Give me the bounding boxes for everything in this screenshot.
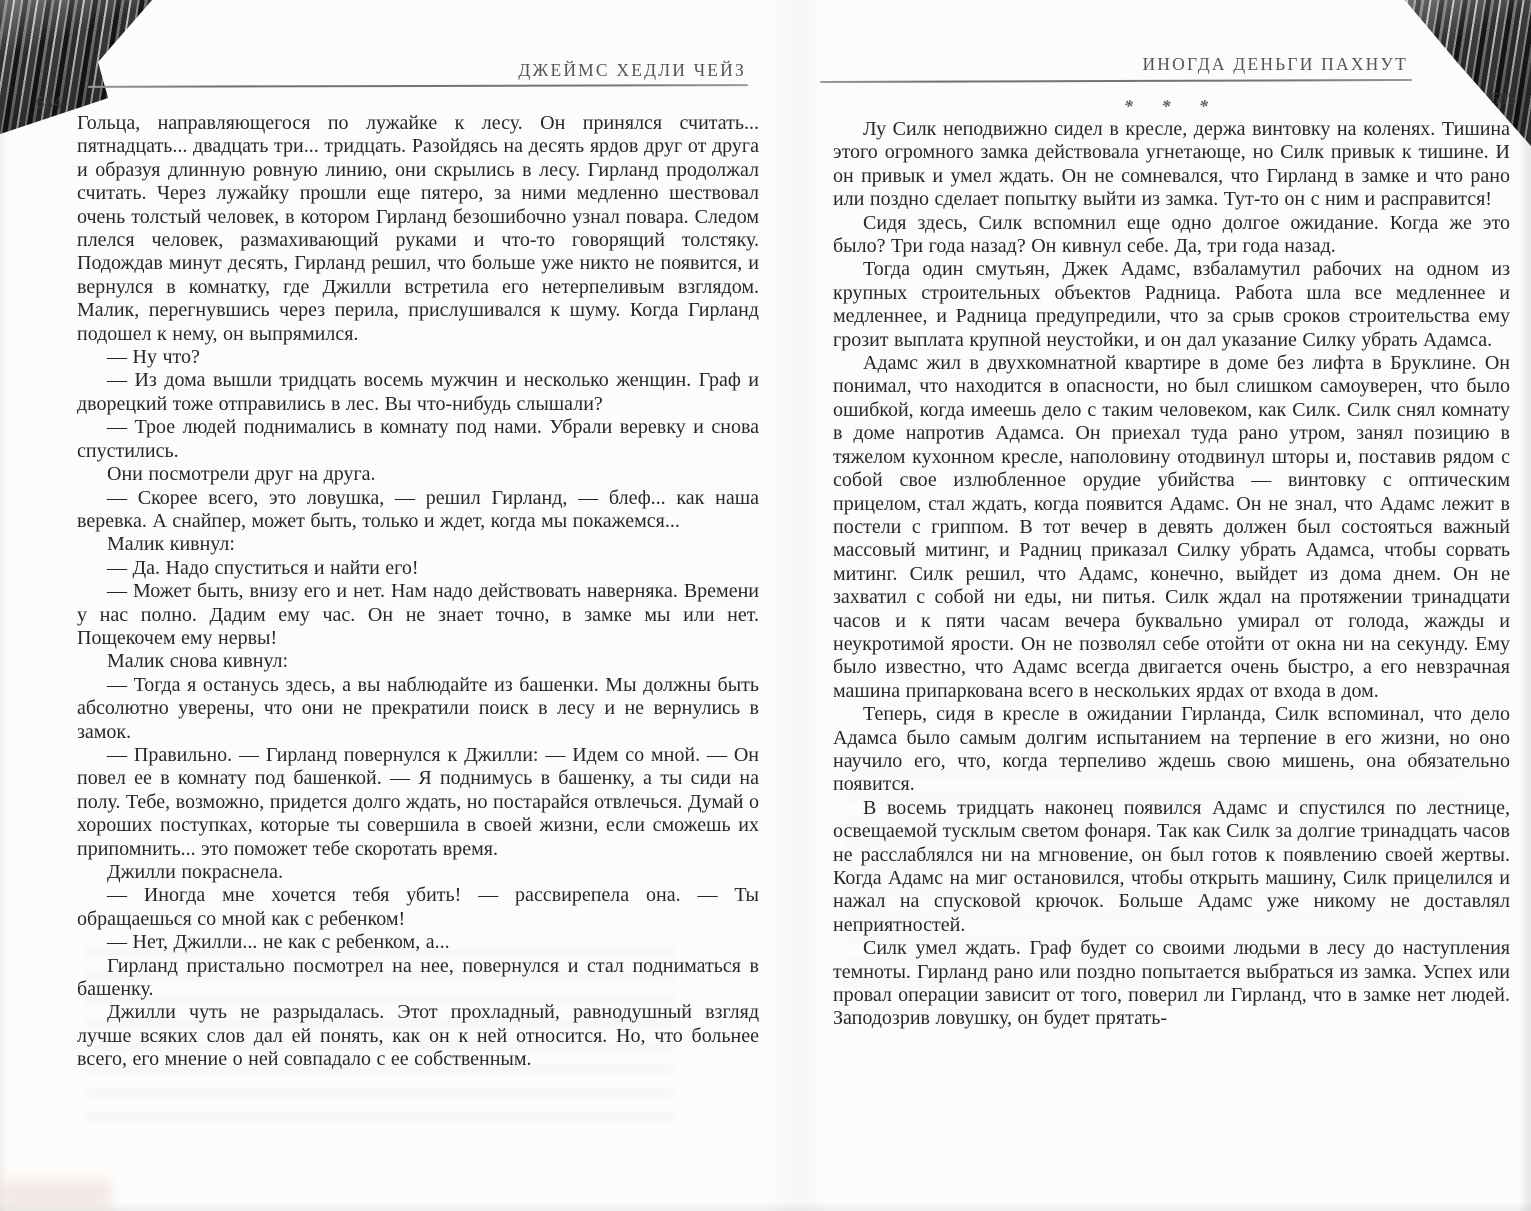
paragraph: — Правильно. — Гирланд повернулся к Джил… — [77, 744, 759, 861]
paragraph: — Иногда мне хочется тебя убить! — рассв… — [77, 884, 759, 931]
paragraph: Адамс жил в двухкомнатной квартире в дом… — [833, 352, 1510, 703]
running-header-right: ИНОГДА ДЕНЬГИ ПАХНУТ — [830, 54, 1408, 75]
paragraph: Малик кивнул: — [77, 533, 759, 556]
paragraph: — Трое людей поднимались в комнату под н… — [77, 416, 759, 463]
paragraph: — Да. Надо спуститься и найти его! — [77, 557, 759, 580]
header-rule-right — [820, 79, 1412, 83]
right-page-text-column: Лу Силк неподвижно сидел в кресле, держа… — [833, 118, 1510, 1031]
page-edge-shadow — [0, 1202, 1531, 1211]
paragraph: — Из дома вышли тридцать восемь мужчин и… — [77, 369, 759, 416]
paragraph: — Ну что? — [77, 346, 759, 369]
paragraph: Силк умел ждать. Граф будет со своими лю… — [833, 937, 1510, 1031]
paragraph: Они посмотрели друг на друга. — [77, 463, 759, 486]
page-number-left: 684 — [36, 93, 62, 113]
paragraph: — Нет, Джилли... не как с ребенком, а... — [77, 931, 759, 954]
section-separator: * * * — [832, 96, 1512, 117]
paragraph: Тогда один смутьян, Джек Адамс, взбаламу… — [833, 258, 1510, 352]
page-edge-shadow — [0, 0, 7, 1211]
book-spread-scan: ДЖЕЙМС ХЕДЛИ ЧЕЙЗ 684 Гольца, направляющ… — [0, 0, 1531, 1211]
paragraph: — Может быть, внизу его и нет. Нам надо … — [77, 580, 759, 650]
paragraph: Лу Силк неподвижно сидел в кресле, держа… — [833, 118, 1510, 212]
page-edge-shadow — [1519, 0, 1531, 1211]
paragraph: Джилли покраснела. — [77, 861, 759, 884]
running-header-left: ДЖЕЙМС ХЕДЛИ ЧЕЙЗ — [78, 60, 762, 81]
paragraph: Джилли чуть не разрыдалась. Этот прохлад… — [77, 1001, 759, 1071]
left-page-text-column: Гольца, направляющегося по лужайке к лес… — [77, 112, 759, 1072]
paragraph: Теперь, сидя в кресле в ожидании Гирланд… — [833, 703, 1510, 797]
paragraph: В восемь тридцать наконец появился Адамс… — [833, 797, 1510, 937]
paragraph: Гирланд пристально посмотрел на нее, пов… — [77, 955, 759, 1002]
paragraph: Гольца, направляющегося по лужайке к лес… — [77, 112, 759, 346]
page-gutter-shadow — [768, 0, 828, 1211]
paragraph: — Скорее всего, это ловушка, — решил Гир… — [77, 487, 759, 534]
paragraph: Сидя здесь, Силк вспомнил еще одно долго… — [833, 212, 1510, 259]
header-rule-left — [88, 84, 748, 88]
paragraph: — Тогда я останусь здесь, а вы наблюдайт… — [77, 674, 759, 744]
paragraph: Малик снова кивнул: — [77, 650, 759, 673]
